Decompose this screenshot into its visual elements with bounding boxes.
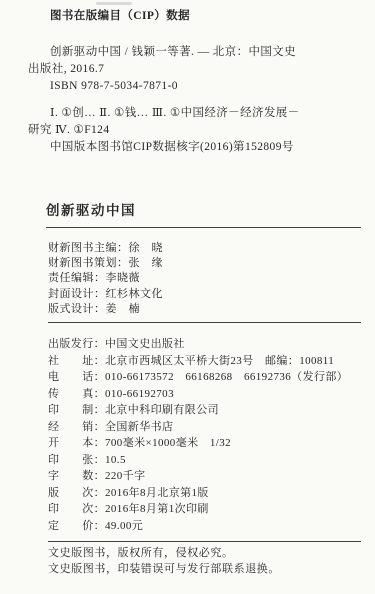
colophon-value: 10.5 (105, 454, 126, 466)
scan-artifact (96, 2, 132, 5)
isbn: ISBN 978-7-5034-7871-0 (0, 78, 361, 95)
colophon-row: 印 次：2016年8月第1次印刷 (48, 501, 361, 518)
colophon-label: 印 张： (48, 452, 105, 469)
colophon-value: 全国新华书店 (105, 421, 173, 433)
staff-row: 财新图书主编：徐 晓 (48, 241, 163, 256)
colophon-value: 010-66173572 66168268 66192736（发行部） (105, 371, 348, 383)
cip-entry-line2: 出版社, 2016.7 (0, 61, 361, 78)
staff-block: 财新图书主编：徐 晓 财新图书策划：张 缘 责任编辑：李晓薇 封面设计：红杉林文… (48, 241, 163, 317)
cip-entry-line1: 创新驱动中国 / 钱颖一等著. — 北京：中国文史 (0, 44, 361, 61)
staff-row: 封面设计：红杉林文化 (48, 287, 163, 302)
staff-value: 徐 晓 (129, 242, 164, 254)
colophon-label: 版 次： (48, 485, 105, 502)
cip-classification-line1: Ⅰ. ①创… Ⅱ. ①钱… Ⅲ. ①中国经济－经济发展－ (0, 105, 361, 122)
colophon-row: 印 制：北京中科印刷有限公司 (48, 402, 361, 419)
colophon-value: 中国文史出版社 (105, 338, 185, 350)
divider-under-title (46, 227, 361, 228)
staff-row: 版式设计：姜 楠 (48, 302, 163, 317)
colophon-value: 2016年8月第1次印刷 (105, 503, 209, 515)
colophon-row: 经 销：全国新华书店 (48, 419, 361, 436)
staff-label: 版式设计： (48, 302, 106, 317)
colophon-label: 开 本： (48, 435, 105, 452)
cip-header: 图书在版编目（CIP）数据 (0, 8, 361, 25)
staff-row: 财新图书策划：张 缘 (48, 256, 163, 271)
cip-classification-line2: 研究 Ⅳ. ①F124 (0, 122, 361, 139)
staff-value: 李晓薇 (106, 272, 141, 284)
colophon-row: 传 真：010-66192703 (48, 386, 361, 403)
colophon-label: 电 话： (48, 369, 105, 386)
colophon-block: 出版发行：中国文史出版社 社 址：北京市西城区太平桥大街23号 邮编：10081… (48, 336, 361, 534)
cip-record-number: 中国版本图书馆CIP数据核字(2016)第152809号 (0, 139, 361, 156)
colophon-label: 印 制： (48, 402, 105, 419)
book-copyright-page: 图书在版编目（CIP）数据 创新驱动中国 / 钱颖一等著. — 北京：中国文史 … (0, 0, 375, 594)
staff-value: 张 缘 (129, 257, 164, 269)
colophon-label: 印 次： (48, 501, 105, 518)
colophon-row: 社 址：北京市西城区太平桥大街23号 邮编：100811 (48, 353, 361, 370)
colophon-value: 49.00元 (105, 520, 143, 532)
return-policy-notice: 文史版图书，印装错误可与发行部联系退换。 (48, 562, 280, 578)
colophon-row: 定 价：49.00元 (48, 518, 361, 535)
colophon-label: 经 销： (48, 419, 105, 436)
colophon-value: 北京中科印刷有限公司 (105, 404, 219, 416)
colophon-value: 220千字 (105, 470, 146, 482)
colophon-label: 出版发行： (48, 336, 105, 353)
colophon-row: 版 次：2016年8月北京第1版 (48, 485, 361, 502)
colophon-value: 2016年8月北京第1版 (105, 487, 209, 499)
staff-label: 财新图书主编： (48, 241, 129, 256)
staff-label: 财新图书策划： (48, 256, 129, 271)
book-title: 创新驱动中国 (46, 199, 136, 219)
divider-under-staff (48, 322, 361, 323)
colophon-label: 字 数： (48, 468, 105, 485)
colophon-row: 字 数：220千字 (48, 468, 361, 485)
notices-block: 文史版图书，版权所有，侵权必究。 文史版图书，印装错误可与发行部联系退换。 (48, 546, 280, 577)
cip-block: 图书在版编目（CIP）数据 创新驱动中国 / 钱颖一等著. — 北京：中国文史 … (0, 8, 361, 156)
colophon-row: 电 话：010-66173572 66168268 66192736（发行部） (48, 369, 361, 386)
colophon-value: 010-66192703 (105, 388, 174, 400)
colophon-value: 700毫米×1000毫米 1/32 (105, 437, 231, 449)
colophon-row: 出版发行：中国文史出版社 (48, 336, 361, 353)
colophon-label: 传 真： (48, 386, 105, 403)
colophon-row: 印 张：10.5 (48, 452, 361, 469)
staff-value: 姜 楠 (106, 303, 141, 315)
staff-label: 封面设计： (48, 287, 106, 302)
divider-above-notices (48, 541, 361, 542)
copyright-notice: 文史版图书，版权所有，侵权必究。 (48, 546, 280, 562)
colophon-row: 开 本：700毫米×1000毫米 1/32 (48, 435, 361, 452)
staff-row: 责任编辑：李晓薇 (48, 271, 163, 286)
colophon-label: 定 价： (48, 518, 105, 535)
staff-label: 责任编辑： (48, 271, 106, 286)
colophon-label: 社 址： (48, 353, 105, 370)
staff-value: 红杉林文化 (106, 288, 164, 300)
colophon-value: 北京市西城区太平桥大街23号 邮编：100811 (105, 355, 334, 367)
